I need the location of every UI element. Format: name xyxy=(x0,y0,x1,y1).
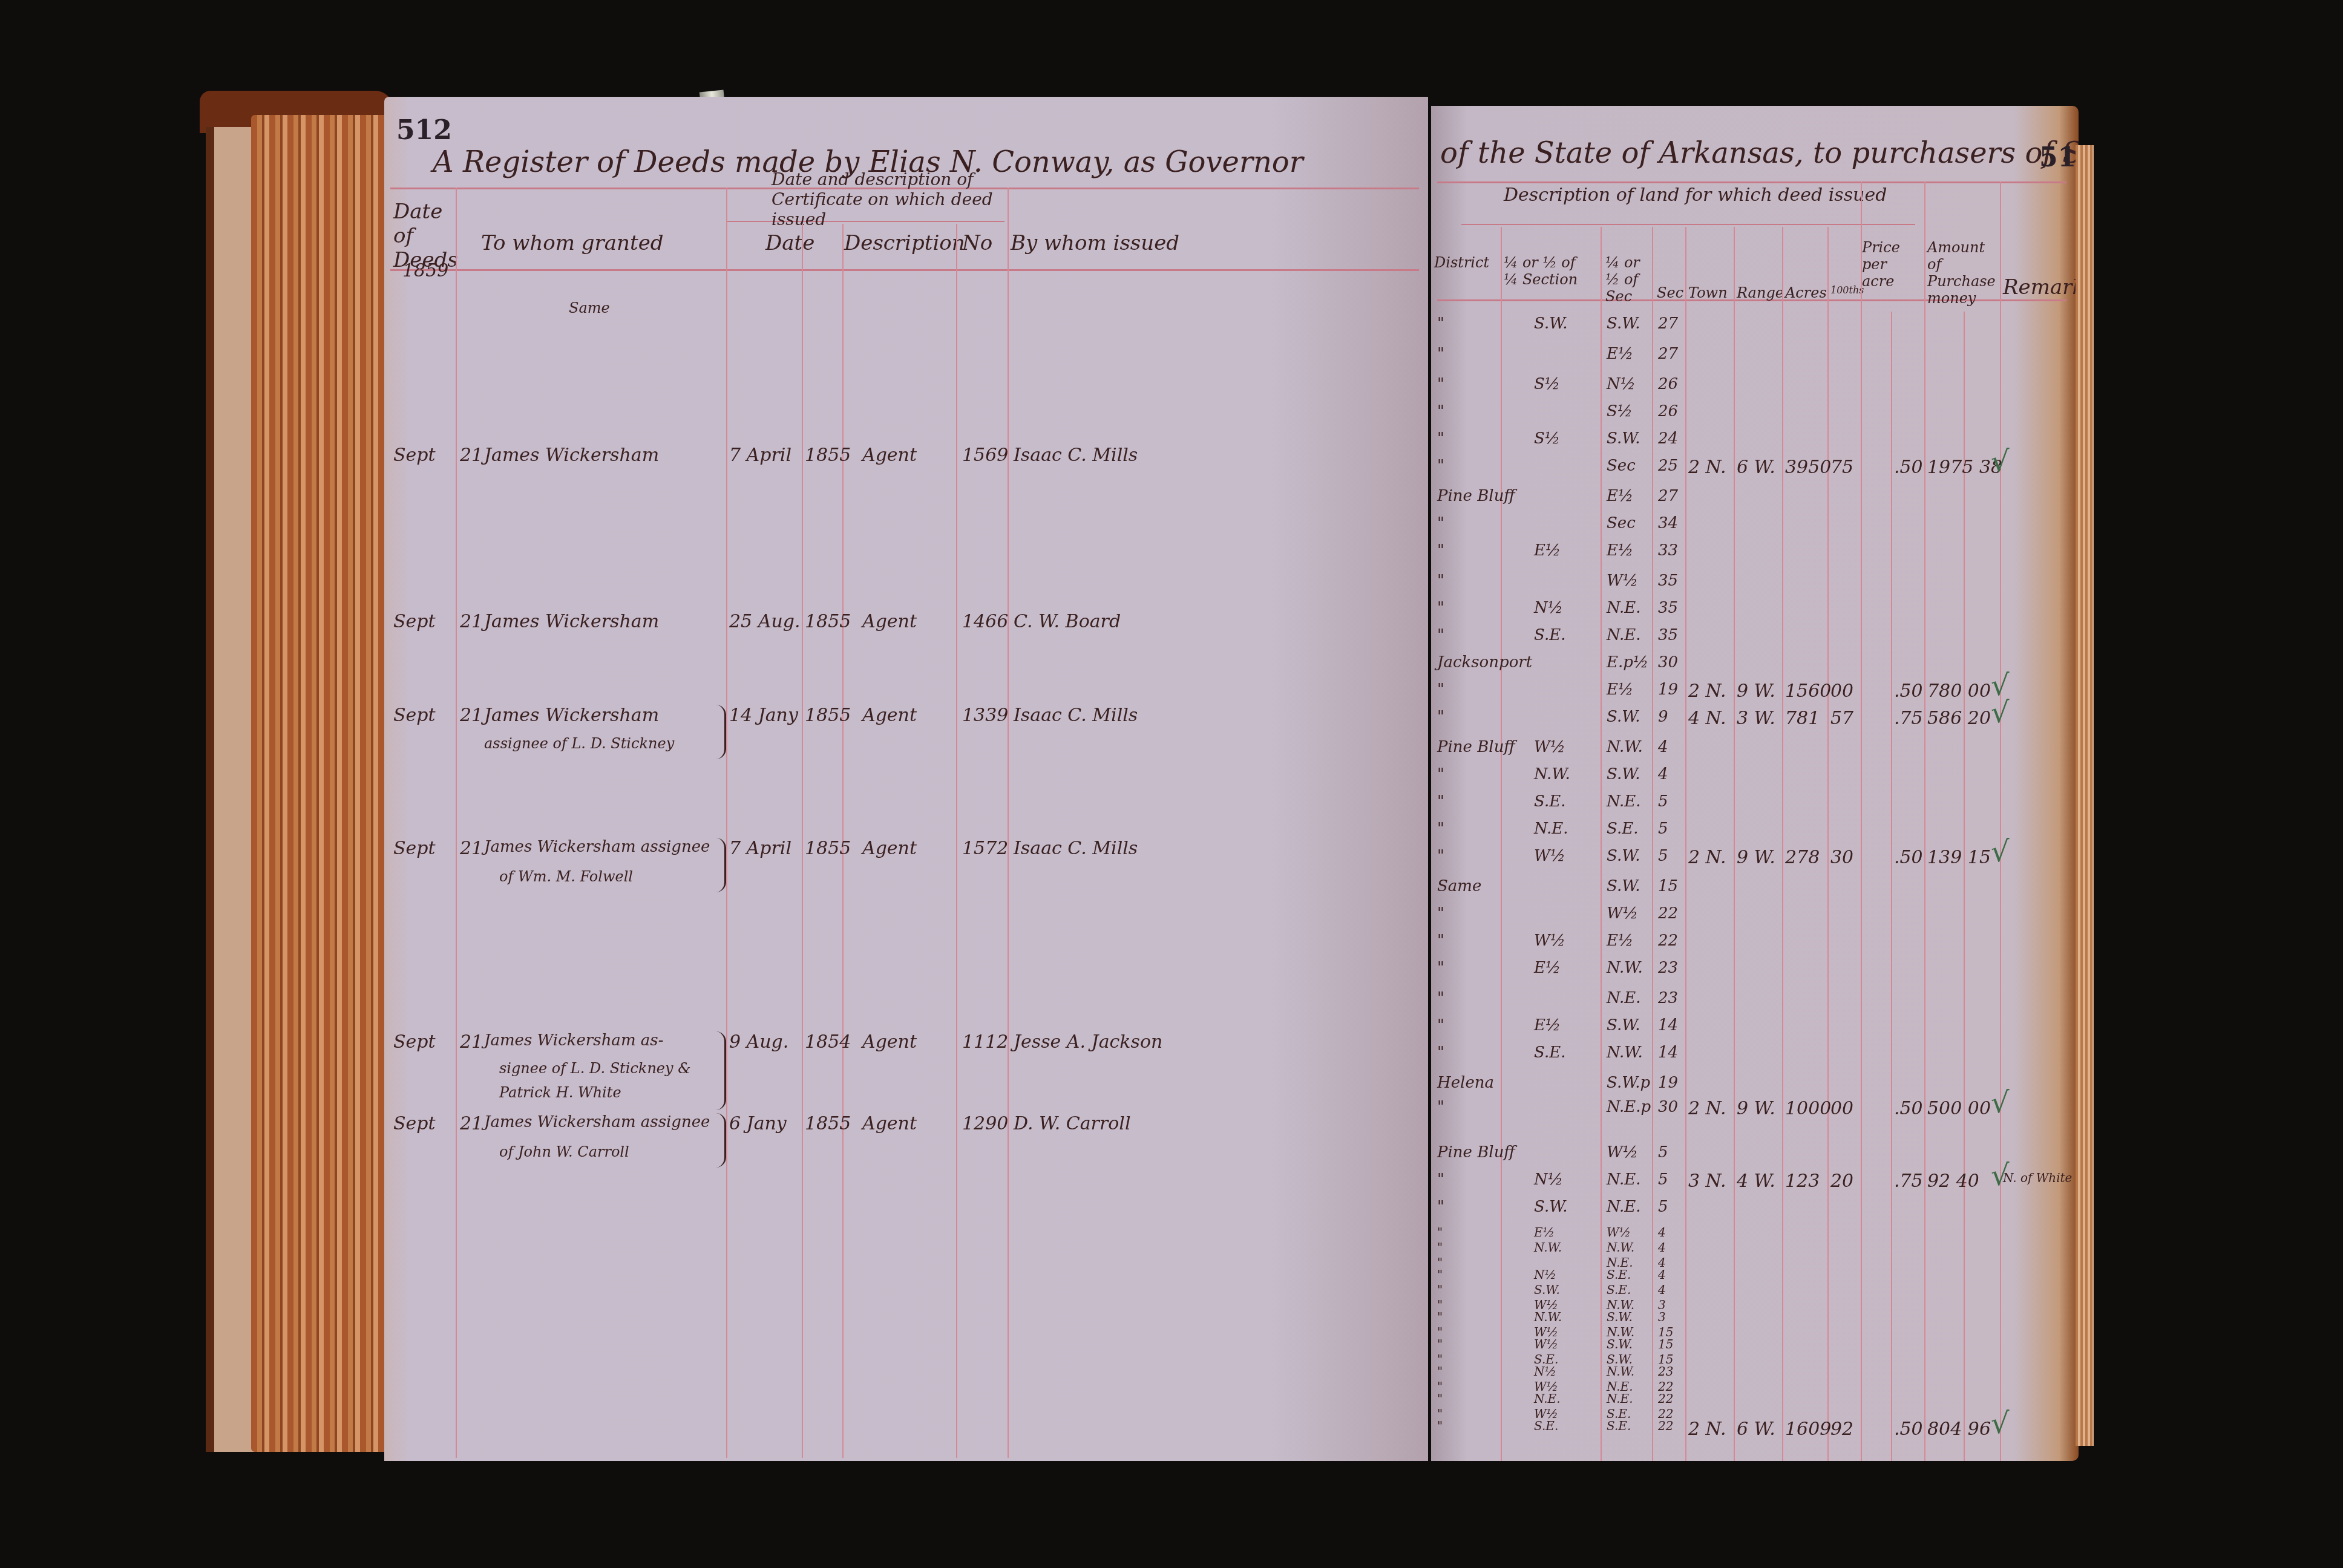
section-number-cell: 19 xyxy=(1658,1074,1678,1092)
part-of-sec-cell: N.E. xyxy=(1607,1198,1641,1216)
cert-number: 1112 xyxy=(962,1031,1008,1053)
cert-year: 1855 xyxy=(805,705,851,726)
grantee: James Wickersham xyxy=(484,705,659,726)
header-year: 1859 xyxy=(402,260,448,281)
cert-description: Agent xyxy=(862,1113,917,1134)
quarter-section-cell: E½ xyxy=(1534,1225,1555,1240)
town-cell: 4 N. xyxy=(1688,708,1726,729)
section-number-cell: 9 xyxy=(1658,708,1668,726)
part-of-sec-cell: S.E. xyxy=(1607,1282,1631,1297)
part-of-sec-cell: N.E. xyxy=(1607,626,1641,644)
town-cell: 2 N. xyxy=(1688,847,1726,868)
section-number-cell: 22 xyxy=(1658,932,1678,950)
district-cell: " xyxy=(1437,1310,1443,1324)
header-range: Range xyxy=(1737,284,1784,301)
acres-cell: 278 xyxy=(1785,847,1820,868)
amount-cell: 92 40 xyxy=(1927,1171,1979,1192)
brace xyxy=(716,838,726,892)
amount-cell: 139 15 xyxy=(1927,847,1991,868)
deed-month: Sept xyxy=(393,1031,436,1053)
issued-by: C. W. Board xyxy=(1014,611,1121,632)
deed-month: Sept xyxy=(393,1113,436,1134)
section-number-cell: 5 xyxy=(1658,792,1668,811)
issued-by: Isaac C. Mills xyxy=(1014,705,1138,726)
range-cell: 9 W. xyxy=(1737,847,1775,868)
deed-day: 21 xyxy=(460,838,483,859)
district-cell: " xyxy=(1437,375,1444,393)
cert-date: 6 Jany xyxy=(729,1113,787,1134)
part-of-sec-cell: N.E. xyxy=(1607,792,1641,811)
section-number-cell: 14 xyxy=(1658,1016,1678,1034)
district-cell: Jacksonport xyxy=(1437,653,1532,671)
section-number-cell: 19 xyxy=(1658,681,1678,699)
cert-date: 7 April xyxy=(729,445,791,466)
header-rule-bottom xyxy=(390,269,1419,271)
part-of-sec-cell: N.E. xyxy=(1607,1171,1641,1189)
town-cell: 2 N. xyxy=(1688,681,1726,702)
header-district: District xyxy=(1434,254,1489,271)
cert-description: Agent xyxy=(862,445,917,466)
quarter-section-cell: N.W. xyxy=(1534,1310,1562,1324)
section-number-cell: 5 xyxy=(1658,1171,1668,1189)
quarter-section-cell: E½ xyxy=(1534,541,1561,560)
range-cell: 9 W. xyxy=(1737,681,1775,702)
section-number-cell: 4 xyxy=(1658,738,1668,756)
price-cell: .50 xyxy=(1894,1098,1923,1119)
cert-year: 1855 xyxy=(805,838,851,859)
part-of-sec-cell: N.E. xyxy=(1607,989,1641,1007)
col-rule xyxy=(1782,227,1783,1461)
col-rule xyxy=(802,224,803,1458)
section-number-cell: 35 xyxy=(1658,572,1678,590)
hundredths-cell: 00 xyxy=(1830,1098,1853,1119)
quarter-section-cell: N.W. xyxy=(1534,765,1570,783)
green-check-icon: √ xyxy=(1991,1086,2010,1120)
district-cell: " xyxy=(1437,1337,1443,1351)
section-number-cell: 24 xyxy=(1658,430,1678,448)
col-rule xyxy=(1964,312,1965,1461)
district-cell: Pine Bluff xyxy=(1437,738,1515,756)
deed-day: 21 xyxy=(460,705,483,726)
cert-number: 1339 xyxy=(962,705,1008,726)
district-cell: Helena xyxy=(1437,1074,1494,1092)
district-cell: " xyxy=(1437,1267,1443,1282)
district-cell: " xyxy=(1437,430,1444,448)
quarter-section-cell: E½ xyxy=(1534,959,1561,977)
grantee: James Wickersham as- xyxy=(484,1031,663,1050)
deed-day: 21 xyxy=(460,1113,483,1134)
district-cell: " xyxy=(1437,1171,1444,1189)
grantee-line2: of Wm. M. Folwell xyxy=(499,868,633,885)
section-number-cell: 4 xyxy=(1658,1240,1666,1255)
part-of-sec-cell: N.E. xyxy=(1607,1391,1633,1406)
section-number-cell: 26 xyxy=(1658,375,1678,393)
deed-day: 21 xyxy=(460,1031,483,1053)
district-cell: " xyxy=(1437,315,1444,333)
issued-by: Isaac C. Mills xyxy=(1014,445,1138,466)
deed-month: Sept xyxy=(393,445,436,466)
col-rule xyxy=(1501,227,1502,1461)
acres-cell: 1560 xyxy=(1785,681,1831,702)
quarter-section-cell: N½ xyxy=(1534,1171,1563,1189)
grantee: James Wickersham assignee xyxy=(484,838,710,856)
header-land-group: Description of land for which deed issue… xyxy=(1504,185,1887,206)
cert-description: Agent xyxy=(862,1031,917,1053)
part-of-sec-cell: S.W. xyxy=(1607,847,1640,865)
amount-cell: 500 00 xyxy=(1927,1098,1991,1119)
quarter-section-cell: W½ xyxy=(1534,738,1565,756)
header-date: Date xyxy=(765,231,814,255)
section-number-cell: 4 xyxy=(1658,1282,1666,1297)
part-of-sec-cell: W½ xyxy=(1607,1225,1631,1240)
district-cell: " xyxy=(1437,1016,1444,1034)
section-number-cell: 34 xyxy=(1658,514,1678,532)
header-part-of-sec: ¼ or ½ of Sec xyxy=(1605,254,1654,305)
deed-day: 21 xyxy=(460,611,483,632)
quarter-section-cell: W½ xyxy=(1534,932,1565,950)
quarter-section-cell: N½ xyxy=(1534,599,1563,617)
cert-date: 7 April xyxy=(729,838,791,859)
col-rule xyxy=(1652,227,1653,1461)
district-cell: " xyxy=(1437,1364,1443,1379)
price-cell: .75 xyxy=(1894,708,1923,729)
district-cell: " xyxy=(1437,847,1444,865)
col-rule xyxy=(1008,188,1009,1458)
section-number-cell: 23 xyxy=(1658,1364,1673,1379)
part-of-sec-cell: S.W. xyxy=(1607,315,1640,333)
col-rule xyxy=(1734,227,1735,1461)
cert-number: 1569 xyxy=(962,445,1008,466)
district-cell: " xyxy=(1437,959,1444,977)
district-cell: " xyxy=(1437,765,1444,783)
cert-year: 1855 xyxy=(805,1113,851,1134)
section-number-cell: 27 xyxy=(1658,487,1678,505)
col-rule xyxy=(1924,181,1925,1461)
price-cell: .50 xyxy=(1894,847,1923,868)
cert-number: 1572 xyxy=(962,838,1008,859)
land-group-rule xyxy=(1461,224,1915,225)
col-rule xyxy=(1601,227,1602,1461)
header-no: No xyxy=(962,231,992,255)
district-cell: " xyxy=(1437,457,1444,475)
part-of-sec-cell: E½ xyxy=(1607,541,1633,560)
part-of-sec-cell: W½ xyxy=(1607,904,1638,923)
district-cell: " xyxy=(1437,1098,1444,1116)
section-number-cell: 22 xyxy=(1658,1391,1673,1406)
cert-description: Agent xyxy=(862,705,917,726)
price-cell: .75 xyxy=(1894,1171,1923,1192)
remarks-cell: N. of White River xyxy=(2003,1171,2079,1185)
part-of-sec-cell: E.p½ xyxy=(1607,653,1648,671)
header-hundredths: 100ths xyxy=(1830,284,1864,296)
part-of-sec-cell: N.W. xyxy=(1607,959,1643,977)
section-number-cell: 15 xyxy=(1658,1337,1673,1351)
town-cell: 2 N. xyxy=(1688,457,1726,478)
grantee-line2: assignee of L. D. Stickney xyxy=(484,735,674,752)
cert-description: Agent xyxy=(862,838,917,859)
part-of-sec-cell: N.W. xyxy=(1607,1240,1634,1255)
ledger-book: 512 A Register of Deeds made by Elias N.… xyxy=(194,91,2082,1470)
district-cell: Pine Bluff xyxy=(1437,1143,1515,1161)
grantee-line2: signee of L. D. Stickney & xyxy=(499,1060,691,1077)
header-amount: Amount of Purchase money xyxy=(1927,239,2000,307)
district-cell: " xyxy=(1437,1240,1443,1255)
district-cell: " xyxy=(1437,989,1444,1007)
header-description: Description xyxy=(844,231,965,255)
quarter-section-cell: N½ xyxy=(1534,1364,1556,1379)
page-edges-stack xyxy=(251,115,384,1452)
part-of-sec-cell: E½ xyxy=(1607,487,1633,505)
section-number-cell: 27 xyxy=(1658,315,1678,333)
part-of-sec-cell: N.W. xyxy=(1607,738,1643,756)
part-of-sec-cell: S.E. xyxy=(1607,1419,1631,1433)
right-page: of the State of Arkansas, to purchasers … xyxy=(1431,106,2079,1461)
register-title-right: of the State of Arkansas, to purchasers … xyxy=(1440,136,2079,170)
header-sec: Sec xyxy=(1657,284,1683,301)
section-number-cell: 5 xyxy=(1658,1198,1668,1216)
acres-cell: 781 xyxy=(1785,708,1820,729)
acres-cell: 123 xyxy=(1785,1171,1820,1192)
district-cell: " xyxy=(1437,1198,1444,1216)
section-number-cell: 5 xyxy=(1658,820,1668,838)
part-of-sec-cell: S.W. xyxy=(1607,765,1640,783)
section-number-cell: 15 xyxy=(1658,877,1678,895)
quarter-section-cell: S.W. xyxy=(1534,315,1568,333)
same-label: Same xyxy=(569,299,610,316)
section-number-cell: 26 xyxy=(1658,402,1678,420)
cert-number: 1466 xyxy=(962,611,1008,632)
quarter-section-cell: S.W. xyxy=(1534,1198,1568,1216)
town-cell: 2 N. xyxy=(1688,1419,1726,1440)
section-number-cell: 23 xyxy=(1658,989,1678,1007)
town-cell: 3 N. xyxy=(1688,1171,1726,1192)
part-of-sec-cell: Sec xyxy=(1607,457,1636,475)
issued-by: Jesse A. Jackson xyxy=(1014,1031,1162,1053)
part-of-sec-cell: Sec xyxy=(1607,514,1636,532)
issued-by: D. W. Carroll xyxy=(1014,1113,1131,1134)
quarter-section-cell: S.E. xyxy=(1534,792,1565,811)
part-of-sec-cell: S.W.p xyxy=(1607,1074,1650,1092)
section-number-cell: 27 xyxy=(1658,345,1678,363)
part-of-sec-cell: S.W. xyxy=(1607,1016,1640,1034)
quarter-section-cell: S.E. xyxy=(1534,1044,1565,1062)
quarter-section-cell: N.E. xyxy=(1534,1391,1561,1406)
range-cell: 3 W. xyxy=(1737,708,1775,729)
header-certificate-group: Date and description of Certificate on w… xyxy=(772,169,1014,229)
district-cell: " xyxy=(1437,681,1444,699)
amount-cell: 586 20 xyxy=(1927,708,1991,729)
section-number-cell: 4 xyxy=(1658,765,1668,783)
hundredths-cell: 57 xyxy=(1830,708,1853,729)
price-cell: .50 xyxy=(1894,1419,1923,1440)
col-rule xyxy=(2000,181,2001,1461)
col-rule xyxy=(956,224,957,1458)
issued-by: Isaac C. Mills xyxy=(1014,838,1138,859)
section-number-cell: 22 xyxy=(1658,1419,1673,1433)
hundredths-cell: 30 xyxy=(1830,847,1853,868)
brace xyxy=(716,1113,726,1168)
section-number-cell: 22 xyxy=(1658,904,1678,923)
district-cell: " xyxy=(1437,792,1444,811)
green-check-icon: √ xyxy=(1991,445,2010,479)
green-check-icon: √ xyxy=(1991,835,2010,869)
section-number-cell: 33 xyxy=(1658,541,1678,560)
district-cell: " xyxy=(1437,541,1444,560)
section-number-cell: 5 xyxy=(1658,847,1668,865)
part-of-sec-cell: N.W. xyxy=(1607,1364,1634,1379)
grantee: James Wickersham xyxy=(484,611,659,632)
quarter-section-cell: S½ xyxy=(1534,375,1560,393)
quarter-section-cell: N.E. xyxy=(1534,820,1568,838)
deed-day: 21 xyxy=(460,445,483,466)
part-of-sec-cell: S.W. xyxy=(1607,430,1640,448)
part-of-sec-cell: S.W. xyxy=(1607,1337,1633,1351)
header-rule-top xyxy=(1437,181,2066,183)
district-cell: " xyxy=(1437,345,1444,363)
green-check-icon: √ xyxy=(1991,1158,2010,1192)
page-number-right: 513 xyxy=(2039,142,2079,173)
brace xyxy=(716,1031,726,1110)
part-of-sec-cell: W½ xyxy=(1607,572,1638,590)
header-price: Price per acre xyxy=(1862,239,1922,290)
part-of-sec-cell: S.E. xyxy=(1607,1267,1631,1282)
district-cell: " xyxy=(1437,402,1444,420)
col-rule xyxy=(1685,227,1686,1461)
section-number-cell: 5 xyxy=(1658,1143,1668,1161)
price-cell: .50 xyxy=(1894,681,1923,702)
section-number-cell: 4 xyxy=(1658,1267,1666,1282)
range-cell: 4 W. xyxy=(1737,1171,1775,1192)
district-cell: " xyxy=(1437,626,1444,644)
district-cell: Same xyxy=(1437,877,1481,895)
grantee: James Wickersham assignee xyxy=(484,1113,710,1131)
section-number-cell: 14 xyxy=(1658,1044,1678,1062)
cert-year: 1854 xyxy=(805,1031,851,1053)
district-cell: " xyxy=(1437,1044,1444,1062)
cert-description: Agent xyxy=(862,611,917,632)
col-rule xyxy=(1827,227,1829,1461)
price-cell: .50 xyxy=(1894,457,1923,478)
district-cell: " xyxy=(1437,572,1444,590)
district-cell: " xyxy=(1437,1225,1443,1240)
district-cell: Pine Bluff xyxy=(1437,487,1515,505)
page-number-left: 512 xyxy=(396,115,452,146)
section-number-cell: 30 xyxy=(1658,1098,1678,1116)
quarter-section-cell: N.W. xyxy=(1534,1240,1562,1255)
green-check-icon: √ xyxy=(1991,1406,2010,1440)
district-cell: " xyxy=(1437,932,1444,950)
hundredths-cell: 20 xyxy=(1830,1171,1853,1192)
amount-cell: 780 00 xyxy=(1927,681,1991,702)
district-cell: " xyxy=(1437,1391,1443,1406)
part-of-sec-cell: S.W. xyxy=(1607,1310,1633,1324)
section-number-cell: 30 xyxy=(1658,653,1678,671)
section-number-cell: 35 xyxy=(1658,626,1678,644)
quarter-section-cell: S½ xyxy=(1534,430,1560,448)
quarter-section-cell: S.E. xyxy=(1534,626,1565,644)
col-rule xyxy=(1891,312,1892,1461)
part-of-sec-cell: N.W. xyxy=(1607,1044,1643,1062)
section-number-cell: 35 xyxy=(1658,599,1678,617)
section-number-cell: 4 xyxy=(1658,1225,1666,1240)
deed-month: Sept xyxy=(393,611,436,632)
col-rule xyxy=(726,188,727,1458)
part-of-sec-cell: N.E.p xyxy=(1607,1098,1651,1116)
right-page-edges xyxy=(2076,145,2094,1446)
part-of-sec-cell: S.W. xyxy=(1607,708,1640,726)
district-cell: " xyxy=(1437,1419,1443,1433)
range-cell: 6 W. xyxy=(1737,457,1775,478)
town-cell: 2 N. xyxy=(1688,1098,1726,1119)
header-part-of-section: ¼ or ½ of ¼ Section xyxy=(1504,254,1588,288)
col-rule xyxy=(456,188,457,1458)
district-cell: " xyxy=(1437,1282,1443,1297)
cert-date: 14 Jany xyxy=(729,705,798,726)
quarter-section-cell: W½ xyxy=(1534,847,1565,865)
green-check-icon: √ xyxy=(1991,696,2010,730)
col-rule xyxy=(1861,181,1862,1461)
grantee-line3: Patrick H. White xyxy=(499,1084,621,1101)
cert-number: 1290 xyxy=(962,1113,1008,1134)
hundredths-cell: 75 xyxy=(1830,457,1853,478)
cert-year: 1855 xyxy=(805,445,851,466)
left-page: 512 A Register of Deeds made by Elias N.… xyxy=(384,97,1428,1461)
acres-cell: 1000 xyxy=(1785,1098,1831,1119)
quarter-section-cell: S.E. xyxy=(1534,1419,1558,1433)
range-cell: 9 W. xyxy=(1737,1098,1775,1119)
cert-date: 25 Aug. xyxy=(729,611,800,632)
part-of-sec-cell: W½ xyxy=(1607,1143,1638,1161)
district-cell: " xyxy=(1437,904,1444,923)
part-of-sec-cell: E½ xyxy=(1607,932,1633,950)
part-of-sec-cell: N.E. xyxy=(1607,599,1641,617)
grantee: James Wickersham xyxy=(484,445,659,466)
district-cell: " xyxy=(1437,599,1444,617)
header-town: Town xyxy=(1688,284,1728,301)
district-cell: " xyxy=(1437,820,1444,838)
header-to-whom-granted: To whom granted xyxy=(481,231,664,255)
part-of-sec-cell: E½ xyxy=(1607,681,1633,699)
section-number-cell: 3 xyxy=(1658,1310,1666,1324)
quarter-section-cell: W½ xyxy=(1534,1337,1558,1351)
cert-year: 1855 xyxy=(805,611,851,632)
header-remarks: Remarks. xyxy=(2003,275,2079,299)
header-by-whom-issued: By whom issued xyxy=(1011,231,1179,255)
quarter-section-cell: E½ xyxy=(1534,1016,1561,1034)
deed-month: Sept xyxy=(393,838,436,859)
deed-month: Sept xyxy=(393,705,436,726)
amount-cell: 804 96 xyxy=(1927,1419,1991,1440)
hundredths-cell: 00 xyxy=(1830,681,1853,702)
header-acres: Acres xyxy=(1785,284,1827,301)
grantee-line2: of John W. Carroll xyxy=(499,1143,629,1160)
district-cell: " xyxy=(1437,514,1444,532)
acres-cell: 1609 xyxy=(1785,1419,1831,1440)
part-of-sec-cell: N½ xyxy=(1607,375,1636,393)
hundredths-cell: 92 xyxy=(1830,1419,1853,1440)
acres-cell: 3950 xyxy=(1785,457,1831,478)
section-number-cell: 25 xyxy=(1658,457,1678,475)
district-cell: " xyxy=(1437,708,1444,726)
quarter-section-cell: N½ xyxy=(1534,1267,1556,1282)
section-number-cell: 23 xyxy=(1658,959,1678,977)
cert-date: 9 Aug. xyxy=(729,1031,788,1053)
part-of-sec-cell: S.W. xyxy=(1607,877,1640,895)
range-cell: 6 W. xyxy=(1737,1419,1775,1440)
part-of-sec-cell: S½ xyxy=(1607,402,1633,420)
part-of-sec-cell: E½ xyxy=(1607,345,1633,363)
quarter-section-cell: S.W. xyxy=(1534,1282,1560,1297)
